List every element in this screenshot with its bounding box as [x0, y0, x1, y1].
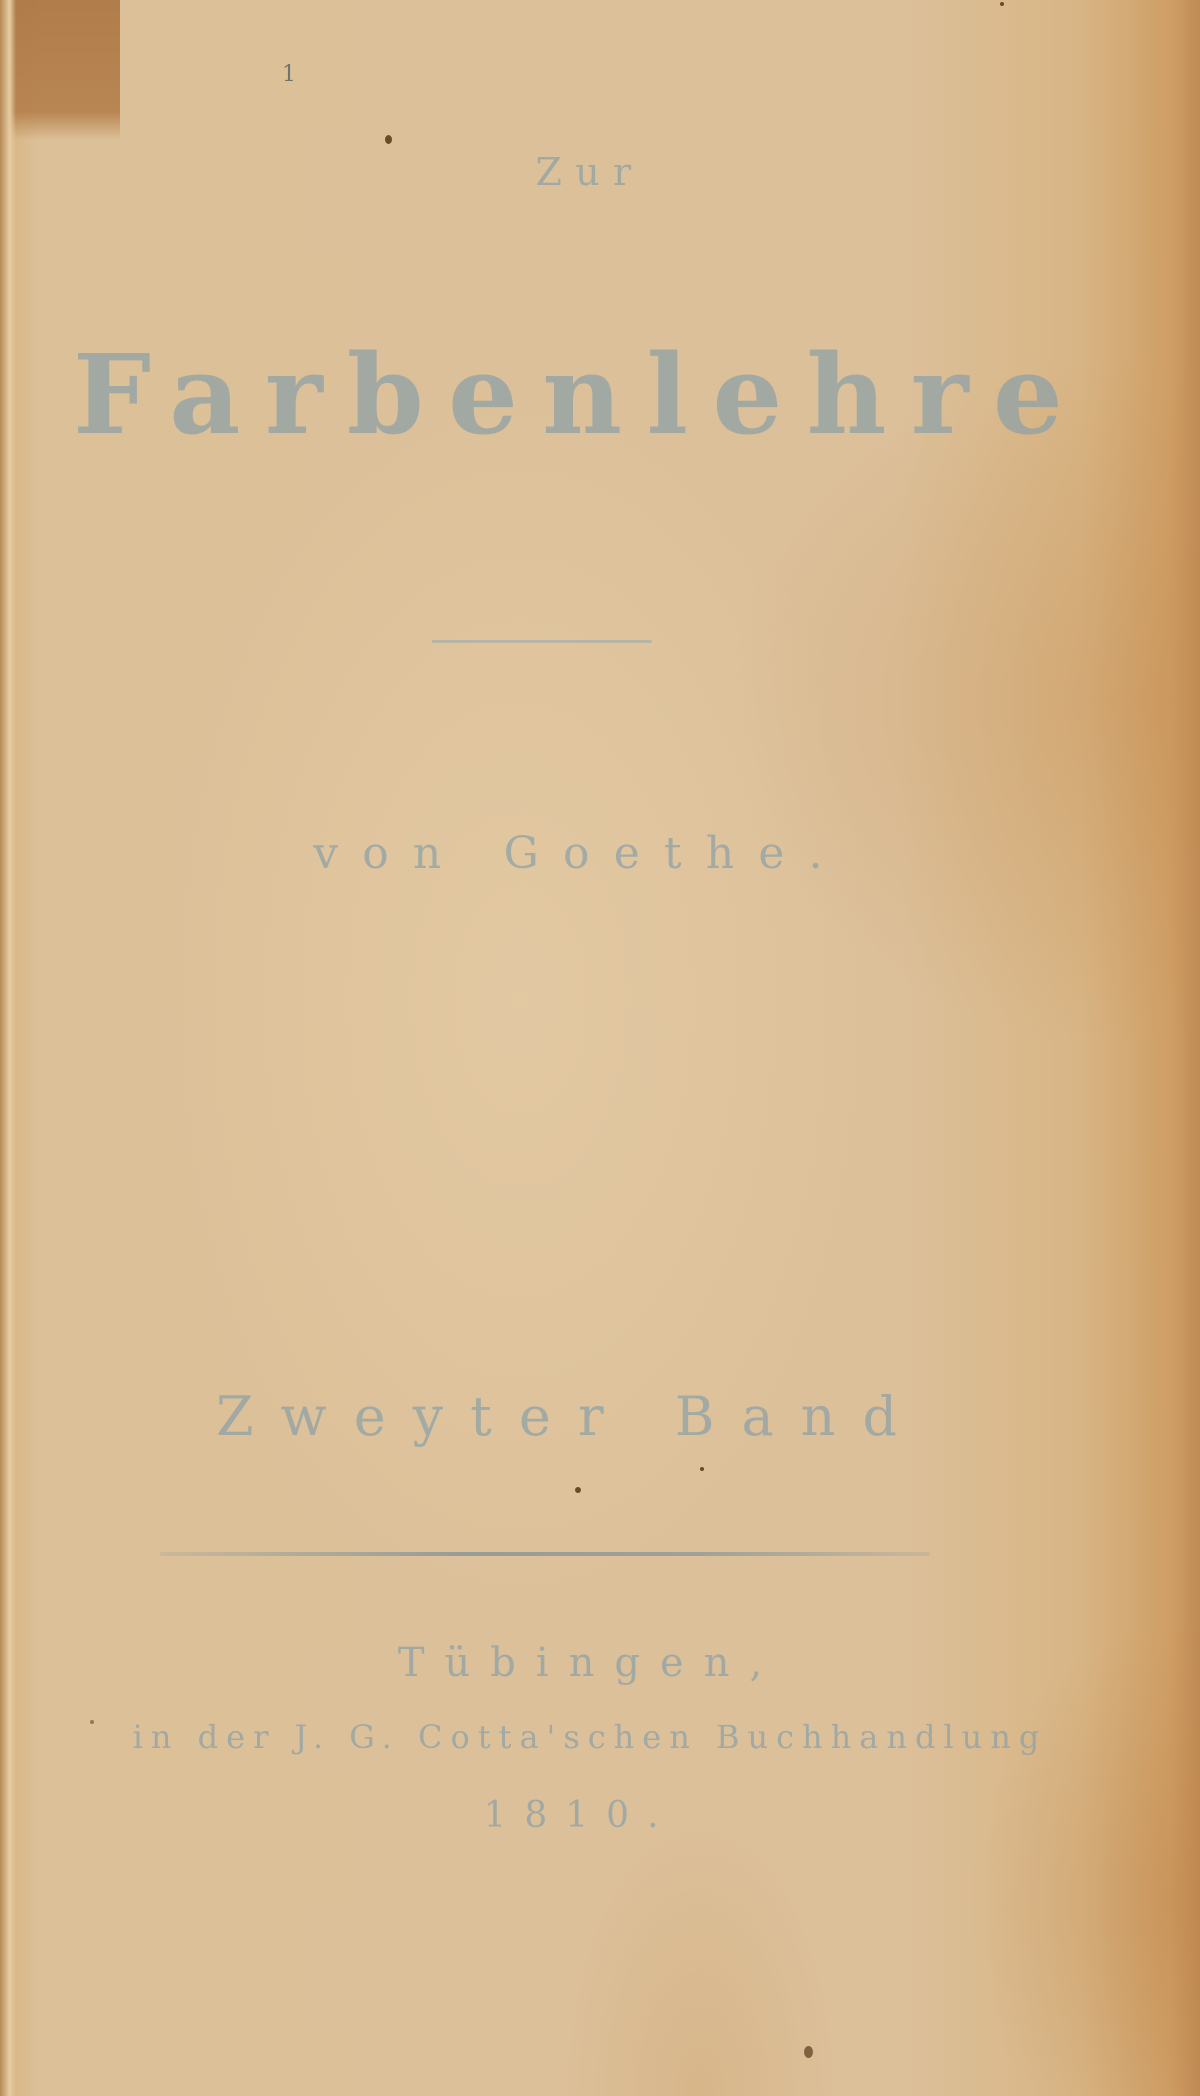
foxing-spot: [575, 1487, 581, 1493]
foxing-spot: [804, 2046, 813, 2058]
volume-label: Zweyter Band: [0, 1385, 1170, 1448]
foxing-spot: [1000, 2, 1004, 6]
foxing-spot: [385, 135, 392, 144]
ornamental-rule: [432, 640, 652, 643]
imprint-place: Tübingen,: [0, 1640, 1190, 1686]
book-title: Farbenlehre: [0, 330, 1180, 459]
corner-mark: 1: [282, 62, 296, 87]
foxing-spot: [700, 1467, 704, 1471]
title-page: 1 Zur Farbenlehre von Goethe. Zweyter Ba…: [0, 0, 1200, 2096]
imprint-year: 1810.: [0, 1795, 1180, 1836]
author-line: von Goethe.: [0, 828, 1180, 879]
edge-stain: [8, 0, 120, 140]
imprint-rule: [160, 1552, 930, 1556]
title-prefix: Zur: [0, 150, 1190, 194]
foxing-spot: [90, 1720, 94, 1724]
imprint-publisher: in der J. G. Cotta'schen Buchhandlung: [0, 1718, 1190, 1756]
